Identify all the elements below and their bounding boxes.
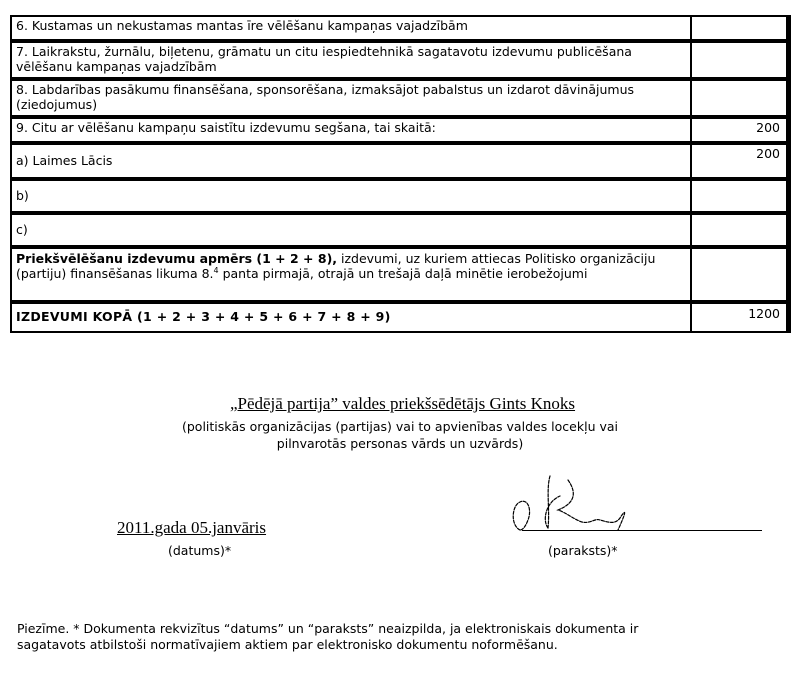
table-row: a) Laimes Lācis 200 <box>10 143 788 179</box>
table-row: c) <box>10 213 788 247</box>
row-6-amount <box>691 15 788 41</box>
row-a-label: a) Laimes Lācis <box>10 143 691 179</box>
row-8-amount <box>691 79 788 117</box>
date-value: 2011.gada 05.janvāris <box>117 518 266 538</box>
footnote-line-1: Piezīme. * Dokumenta rekvizītus “datums”… <box>17 621 792 637</box>
table-row: 8. Labdarības pasākumu finansēšana, spon… <box>10 79 788 117</box>
signature-caption: (paraksts)* <box>548 543 618 558</box>
officer-name: „Pēdējā partija” valdes priekšsēdētājs G… <box>225 394 575 413</box>
pre-election-amount <box>691 247 788 302</box>
total-amount: 1200 <box>691 302 788 333</box>
row-c-label: c) <box>10 213 691 247</box>
table-row-total: IZDEVUMI KOPĀ (1 + 2 + 3 + 4 + 5 + 6 + 7… <box>10 302 788 333</box>
row-b-amount <box>691 179 788 213</box>
table-row: b) <box>10 179 788 213</box>
table-row: 9. Citu ar vēlēšanu kampaņu saistītu izd… <box>10 117 788 143</box>
row-b-label: b) <box>10 179 691 213</box>
row-6-label: 6. Kustamas un nekustamas mantas īre vēl… <box>10 15 691 41</box>
pre-election-text-2: panta pirmajā, otrajā un trešajā daļā mi… <box>219 266 588 281</box>
expense-table: 6. Kustamas un nekustamas mantas īre vēl… <box>10 15 791 333</box>
signature-line <box>522 530 762 531</box>
row-7-amount <box>691 41 788 79</box>
total-label: IZDEVUMI KOPĀ (1 + 2 + 3 + 4 + 5 + 6 + 7… <box>10 302 691 333</box>
officer-caption-line-2: pilnvarotās personas vārds un uzvārds) <box>0 435 800 452</box>
row-9-label: 9. Citu ar vēlēšanu kampaņu saistītu izd… <box>10 117 691 143</box>
footnote: Piezīme. * Dokumenta rekvizītus “datums”… <box>17 621 792 652</box>
pre-election-bold: Priekšvēlēšanu izdevumu apmērs (1 + 2 + … <box>16 251 337 266</box>
row-c-amount <box>691 213 788 247</box>
row-a-amount: 200 <box>691 143 788 179</box>
officer-caption: (politiskās organizācijas (partijas) vai… <box>0 418 800 452</box>
row-8-label: 8. Labdarības pasākumu finansēšana, spon… <box>10 79 691 117</box>
officer-name-line: „Pēdējā partija” valdes priekšsēdētājs G… <box>0 394 800 414</box>
table-row: 7. Laikrakstu, žurnālu, biļetenu, grāmat… <box>10 41 788 79</box>
officer-caption-line-1: (politiskās organizācijas (partijas) vai… <box>0 418 800 435</box>
date-caption: (datums)* <box>168 543 231 558</box>
table-row-pre-election: Priekšvēlēšanu izdevumu apmērs (1 + 2 + … <box>10 247 788 302</box>
row-9-amount: 200 <box>691 117 788 143</box>
row-7-label: 7. Laikrakstu, žurnālu, biļetenu, grāmat… <box>10 41 691 79</box>
pre-election-label: Priekšvēlēšanu izdevumu apmērs (1 + 2 + … <box>10 247 691 302</box>
table-row: 6. Kustamas un nekustamas mantas īre vēl… <box>10 15 788 41</box>
footnote-line-2: sagatavots atbilstoši normatīvajiem akti… <box>17 637 792 653</box>
